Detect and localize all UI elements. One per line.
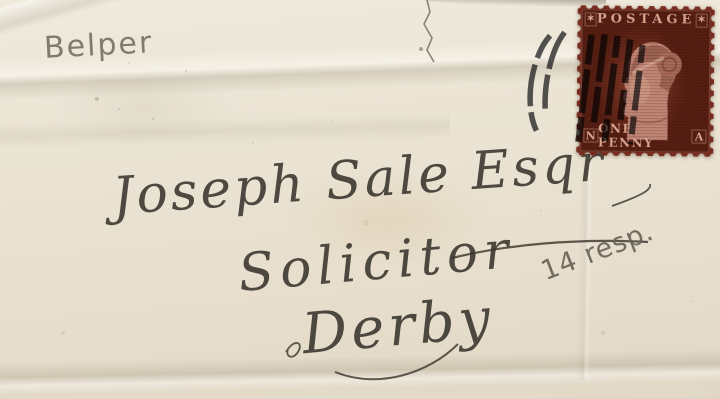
pencil-annotation-belper: Belper [43, 25, 154, 66]
stamp-postage-label: POSTAGE [597, 11, 696, 27]
stamp-one-penny-label: ONE PENNY [598, 122, 692, 151]
ink-flourish-derby-leadin [286, 343, 300, 357]
penny-red-stamp: ✶ POSTAGE ✶ N ONE PENNY A [576, 5, 715, 156]
ink-flourish-esq-tail [612, 184, 650, 206]
paper-speckles [0, 0, 2, 2]
stamp-corner-letter-right: A [692, 129, 707, 143]
stamp-corner-star-icon: ✶ [695, 13, 707, 27]
stamp-corner-star-icon: ✶ [585, 12, 597, 26]
pencil-annotation-price: 14 resp. [537, 216, 658, 287]
envelope-photo: Belper 14 resp. Joseph Sale Esqr Solicit… [0, 0, 720, 399]
address-line-recipient: Joseph Sale Esqr [111, 133, 608, 227]
crease-horizontal-mid [0, 113, 450, 149]
stamp-body: ✶ POSTAGE ✶ N ONE PENNY A [580, 9, 710, 152]
stamp-corner-letter-left: N [583, 128, 598, 142]
